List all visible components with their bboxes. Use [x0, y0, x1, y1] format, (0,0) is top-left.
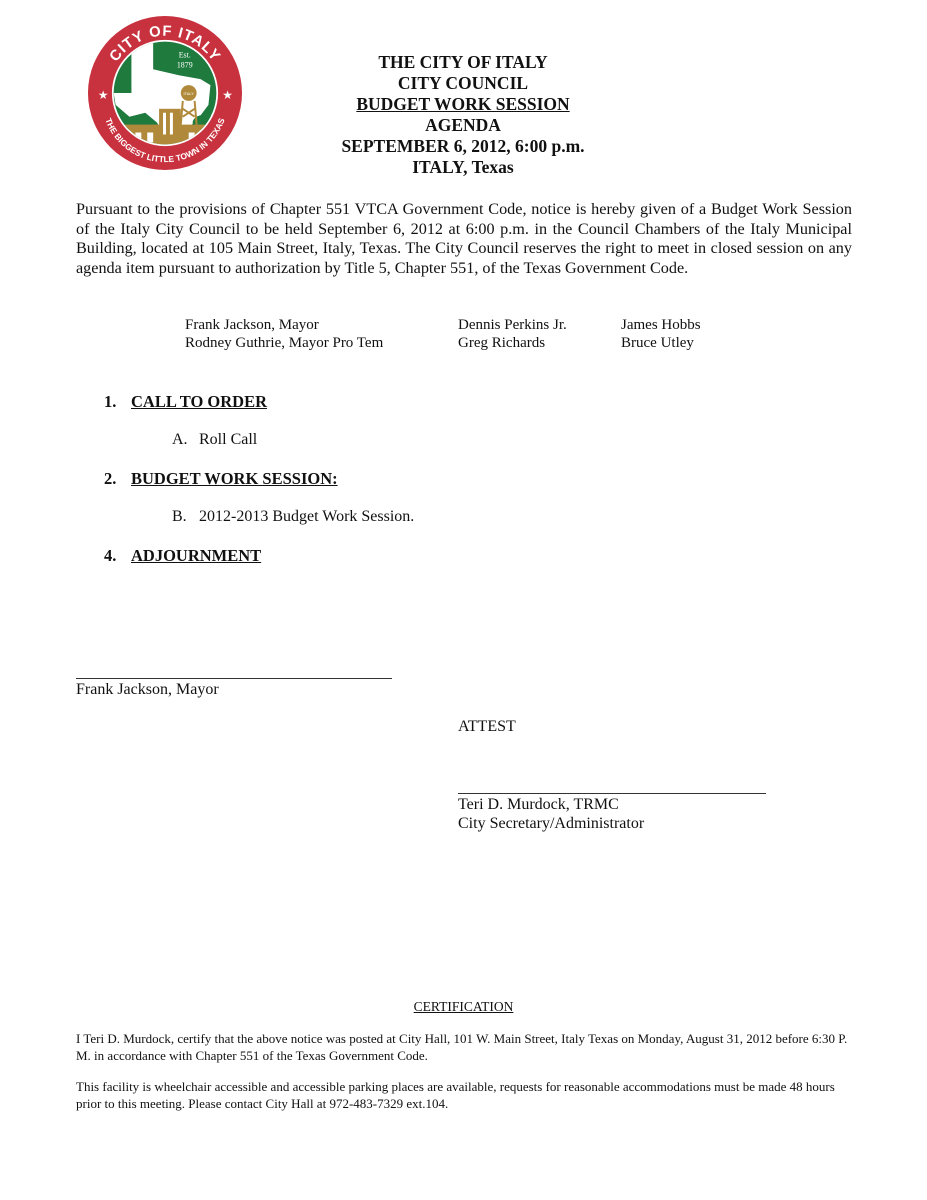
agenda-item-1: 1.CALL TO ORDER [104, 392, 267, 412]
agenda-item-title: BUDGET WORK SESSION: [131, 469, 338, 488]
members-col-2: Dennis Perkins Jr. Greg Richards [458, 316, 567, 352]
agenda-item-2: 2.BUDGET WORK SESSION: [104, 469, 338, 489]
header-council: CITY COUNCIL [300, 73, 626, 94]
svg-text:★: ★ [98, 88, 109, 102]
attest-label: ATTEST [458, 718, 516, 736]
agenda-subitem-a: A.Roll Call [172, 431, 257, 449]
certification-title: CERTIFICATION [0, 999, 927, 1015]
member-name: Rodney Guthrie, Mayor Pro Tem [185, 334, 383, 352]
city-seal-logo: ITALY Est. 1879 CITY OF ITALY THE BIGGES… [86, 14, 244, 172]
mayor-name: Frank Jackson, Mayor [76, 681, 219, 699]
mayor-signature-line [76, 678, 392, 679]
header-agenda: AGENDA [300, 115, 626, 136]
svg-text:1879: 1879 [177, 60, 193, 69]
certification-text: I Teri D. Murdock, certify that the abov… [76, 1031, 856, 1064]
agenda-subitem-b: B.2012-2013 Budget Work Session. [172, 508, 414, 526]
header-session: BUDGET WORK SESSION [300, 94, 626, 115]
members-col-1: Frank Jackson, Mayor Rodney Guthrie, May… [185, 316, 383, 352]
member-name: James Hobbs [621, 316, 701, 334]
header-city: THE CITY OF ITALY [300, 52, 626, 73]
svg-text:Est.: Est. [179, 50, 191, 59]
agenda-item-title: ADJOURNMENT [131, 546, 261, 565]
agenda-item-4: 4.ADJOURNMENT [104, 546, 261, 566]
member-name: Dennis Perkins Jr. [458, 316, 567, 334]
member-name: Frank Jackson, Mayor [185, 316, 383, 334]
agenda-item-title: CALL TO ORDER [131, 392, 267, 411]
member-name: Greg Richards [458, 334, 567, 352]
secretary-title: City Secretary/Administrator [458, 815, 644, 833]
secretary-signature-line [458, 793, 766, 794]
accessibility-notice: This facility is wheelchair accessible a… [76, 1079, 856, 1112]
agenda-header: THE CITY OF ITALY CITY COUNCIL BUDGET WO… [300, 52, 626, 178]
header-location: ITALY, Texas [300, 157, 626, 178]
header-date: SEPTEMBER 6, 2012, 6:00 p.m. [300, 136, 626, 157]
members-col-3: James Hobbs Bruce Utley [621, 316, 701, 352]
svg-text:★: ★ [222, 88, 233, 102]
notice-paragraph: Pursuant to the provisions of Chapter 55… [76, 200, 852, 278]
svg-text:ITALY: ITALY [184, 91, 195, 96]
member-name: Bruce Utley [621, 334, 701, 352]
secretary-name: Teri D. Murdock, TRMC [458, 796, 619, 814]
